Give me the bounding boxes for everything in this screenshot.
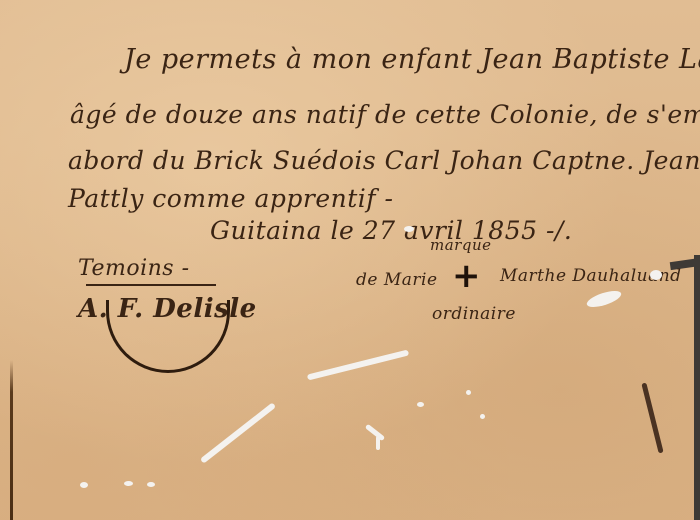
mark-left-name: de Marie: [356, 270, 438, 290]
body-line-2: âgé de douze ans natif de cette Colonie,…: [70, 100, 700, 129]
paper-hole: [376, 436, 380, 450]
paper-hole: [80, 482, 88, 488]
paper-hole: [466, 390, 471, 395]
mark-label-top: marque: [430, 236, 491, 254]
witness-label: Temoins -: [78, 256, 190, 281]
paper-hole: [147, 482, 155, 487]
paper-hole: [124, 481, 133, 486]
place-date: Guitaina le 27 avril 1855 -/.: [210, 216, 572, 245]
paper-hole: [404, 226, 414, 232]
paper-edge-left: [10, 360, 13, 520]
paper-edge-right: [694, 255, 700, 520]
mark-label-bottom: ordinaire: [432, 304, 516, 324]
body-line-1: Je permets à mon enfant Jean Baptiste La…: [124, 44, 700, 75]
paper-hole: [480, 414, 485, 419]
paper-hole: [650, 270, 662, 280]
paper-hole: [417, 402, 424, 407]
witness-underline: [86, 284, 216, 286]
body-line-3: abord du Brick Suédois Carl Johan Captne…: [68, 146, 700, 175]
body-line-4: Pattly comme apprentif -: [68, 184, 393, 213]
mark-cross: +: [452, 256, 481, 296]
